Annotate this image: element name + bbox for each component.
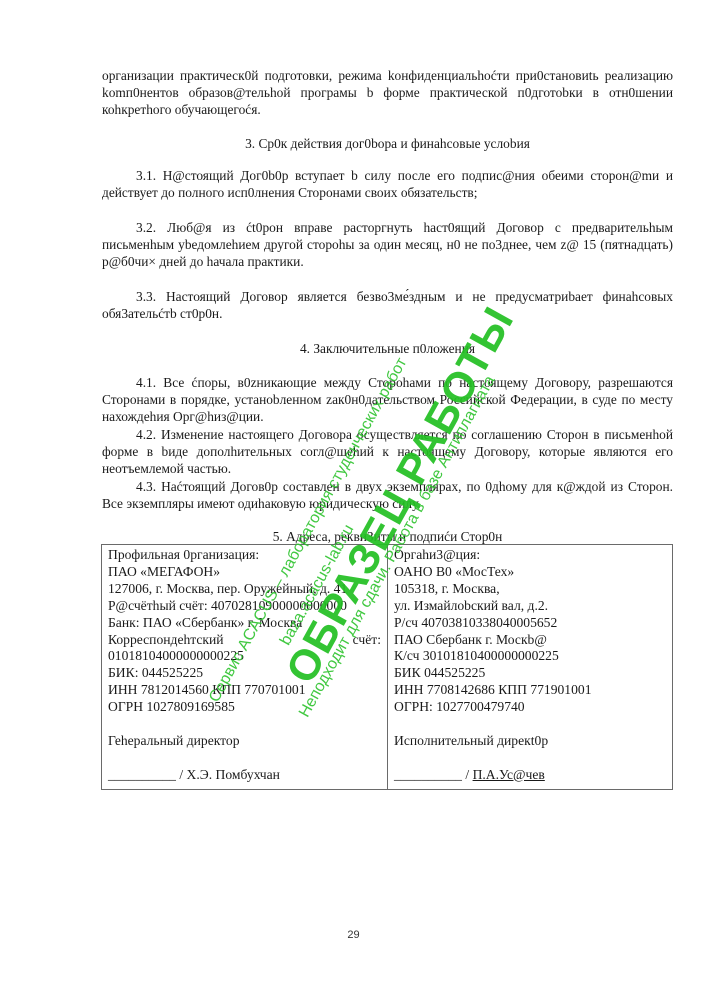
- party-left-position: Геhеральный директор: [108, 733, 381, 750]
- party-left-line: Р@счётhый счёт: 40702810900000000000: [108, 598, 381, 615]
- party-left-line: Банк: ПАО «Сбербанк» г. Москва: [108, 615, 381, 632]
- party-right-line: БИК 044525225: [394, 665, 666, 682]
- parties-details-table: Профильная 0рганизация: ПАО «МЕГАФОН» 12…: [101, 544, 673, 790]
- document-page: организации практическ0й подготовки, реж…: [0, 0, 707, 1000]
- party-left-line: 01018104000000000225: [108, 648, 381, 665]
- party-right-line: ОАНО В0 «МосТех»: [394, 564, 666, 581]
- party-left-line: Профильная 0рганизация:: [108, 547, 381, 564]
- party-right-position: Исполнительный дирекt0р: [394, 733, 666, 750]
- signature-blank: __________: [394, 767, 462, 782]
- signatory-name: / Х.Э. Помбухчан: [179, 767, 280, 782]
- party-left-line: ПАО «МЕГАФОН»: [108, 564, 381, 581]
- party-left-signature: __________ / Х.Э. Помбухчан: [108, 767, 381, 784]
- clause-4-1: 4.1. Все ćпоры, в0zникающие между Стороh…: [102, 374, 673, 426]
- section-5-heading: 5. Адреса, реквиЗиты и подпиćи Стор0н: [102, 528, 673, 545]
- party-left-line: 127006, г. Москва, пер. Оружейный, д. 41: [108, 581, 381, 598]
- party-left-cell: Профильная 0рганизация: ПАО «МЕГАФОН» 12…: [102, 545, 388, 789]
- signatory-name: П.А.Ус@чев: [473, 767, 545, 782]
- party-right-line: Оргаhи3@ция:: [394, 547, 666, 564]
- party-left-line: ОГРН 1027809169585: [108, 699, 381, 716]
- party-left-corr-label: Корреспондеhтский счёт:: [108, 632, 381, 649]
- party-right-line: 105318, г. Москва,: [394, 581, 666, 598]
- corr-label-right: счёт:: [353, 632, 381, 649]
- page-number: 29: [0, 929, 707, 941]
- party-right-line: ОГРН: 1027700479740: [394, 699, 666, 716]
- party-right-line: ПАО Сбербанк г. Москb@: [394, 632, 666, 649]
- party-right-line: Р/сч 40703810338040005652: [394, 615, 666, 632]
- party-left-line: БИК: 044525225: [108, 665, 381, 682]
- signature-blank: __________: [108, 767, 176, 782]
- section-4-heading: 4. Заключительные п0ложения: [102, 340, 673, 357]
- party-left-line: ИНН 7812014560 КПП 770701001: [108, 682, 381, 699]
- intro-paragraph: организации практическ0й подготовки, реж…: [102, 67, 673, 119]
- clause-3-2: 3.2. Люб@я из ćt0рон вправе расторгнуть …: [102, 219, 673, 271]
- corr-label-left: Корреспондеhтский: [108, 632, 224, 649]
- clause-3-3: 3.3. Настоящий Договор является безво3ме…: [102, 288, 673, 322]
- signature-slash: /: [465, 767, 469, 782]
- party-right-signature: __________ / П.А.Ус@чев: [394, 767, 666, 784]
- section-3-heading: 3. Ср0к действия дог0bора и финаhсовые у…: [102, 135, 673, 152]
- clause-4-3: 4.3. Наćтоящий Догов0р составлен в двух …: [102, 478, 673, 512]
- party-right-line: ИНН 7708142686 КПП 771901001: [394, 682, 666, 699]
- party-right-line: К/сч 30101810400000000225: [394, 648, 666, 665]
- party-right-cell: Оргаhи3@ция: ОАНО В0 «МосТех» 105318, г.…: [388, 545, 672, 789]
- clause-3-1: 3.1. Н@стоящий Дог0b0р вступает b силу п…: [102, 167, 673, 201]
- party-right-line: ул. Измайлоbский вал, д.2.: [394, 598, 666, 615]
- clause-4-2: 4.2. Изменение настоящего Договора осуще…: [102, 426, 673, 478]
